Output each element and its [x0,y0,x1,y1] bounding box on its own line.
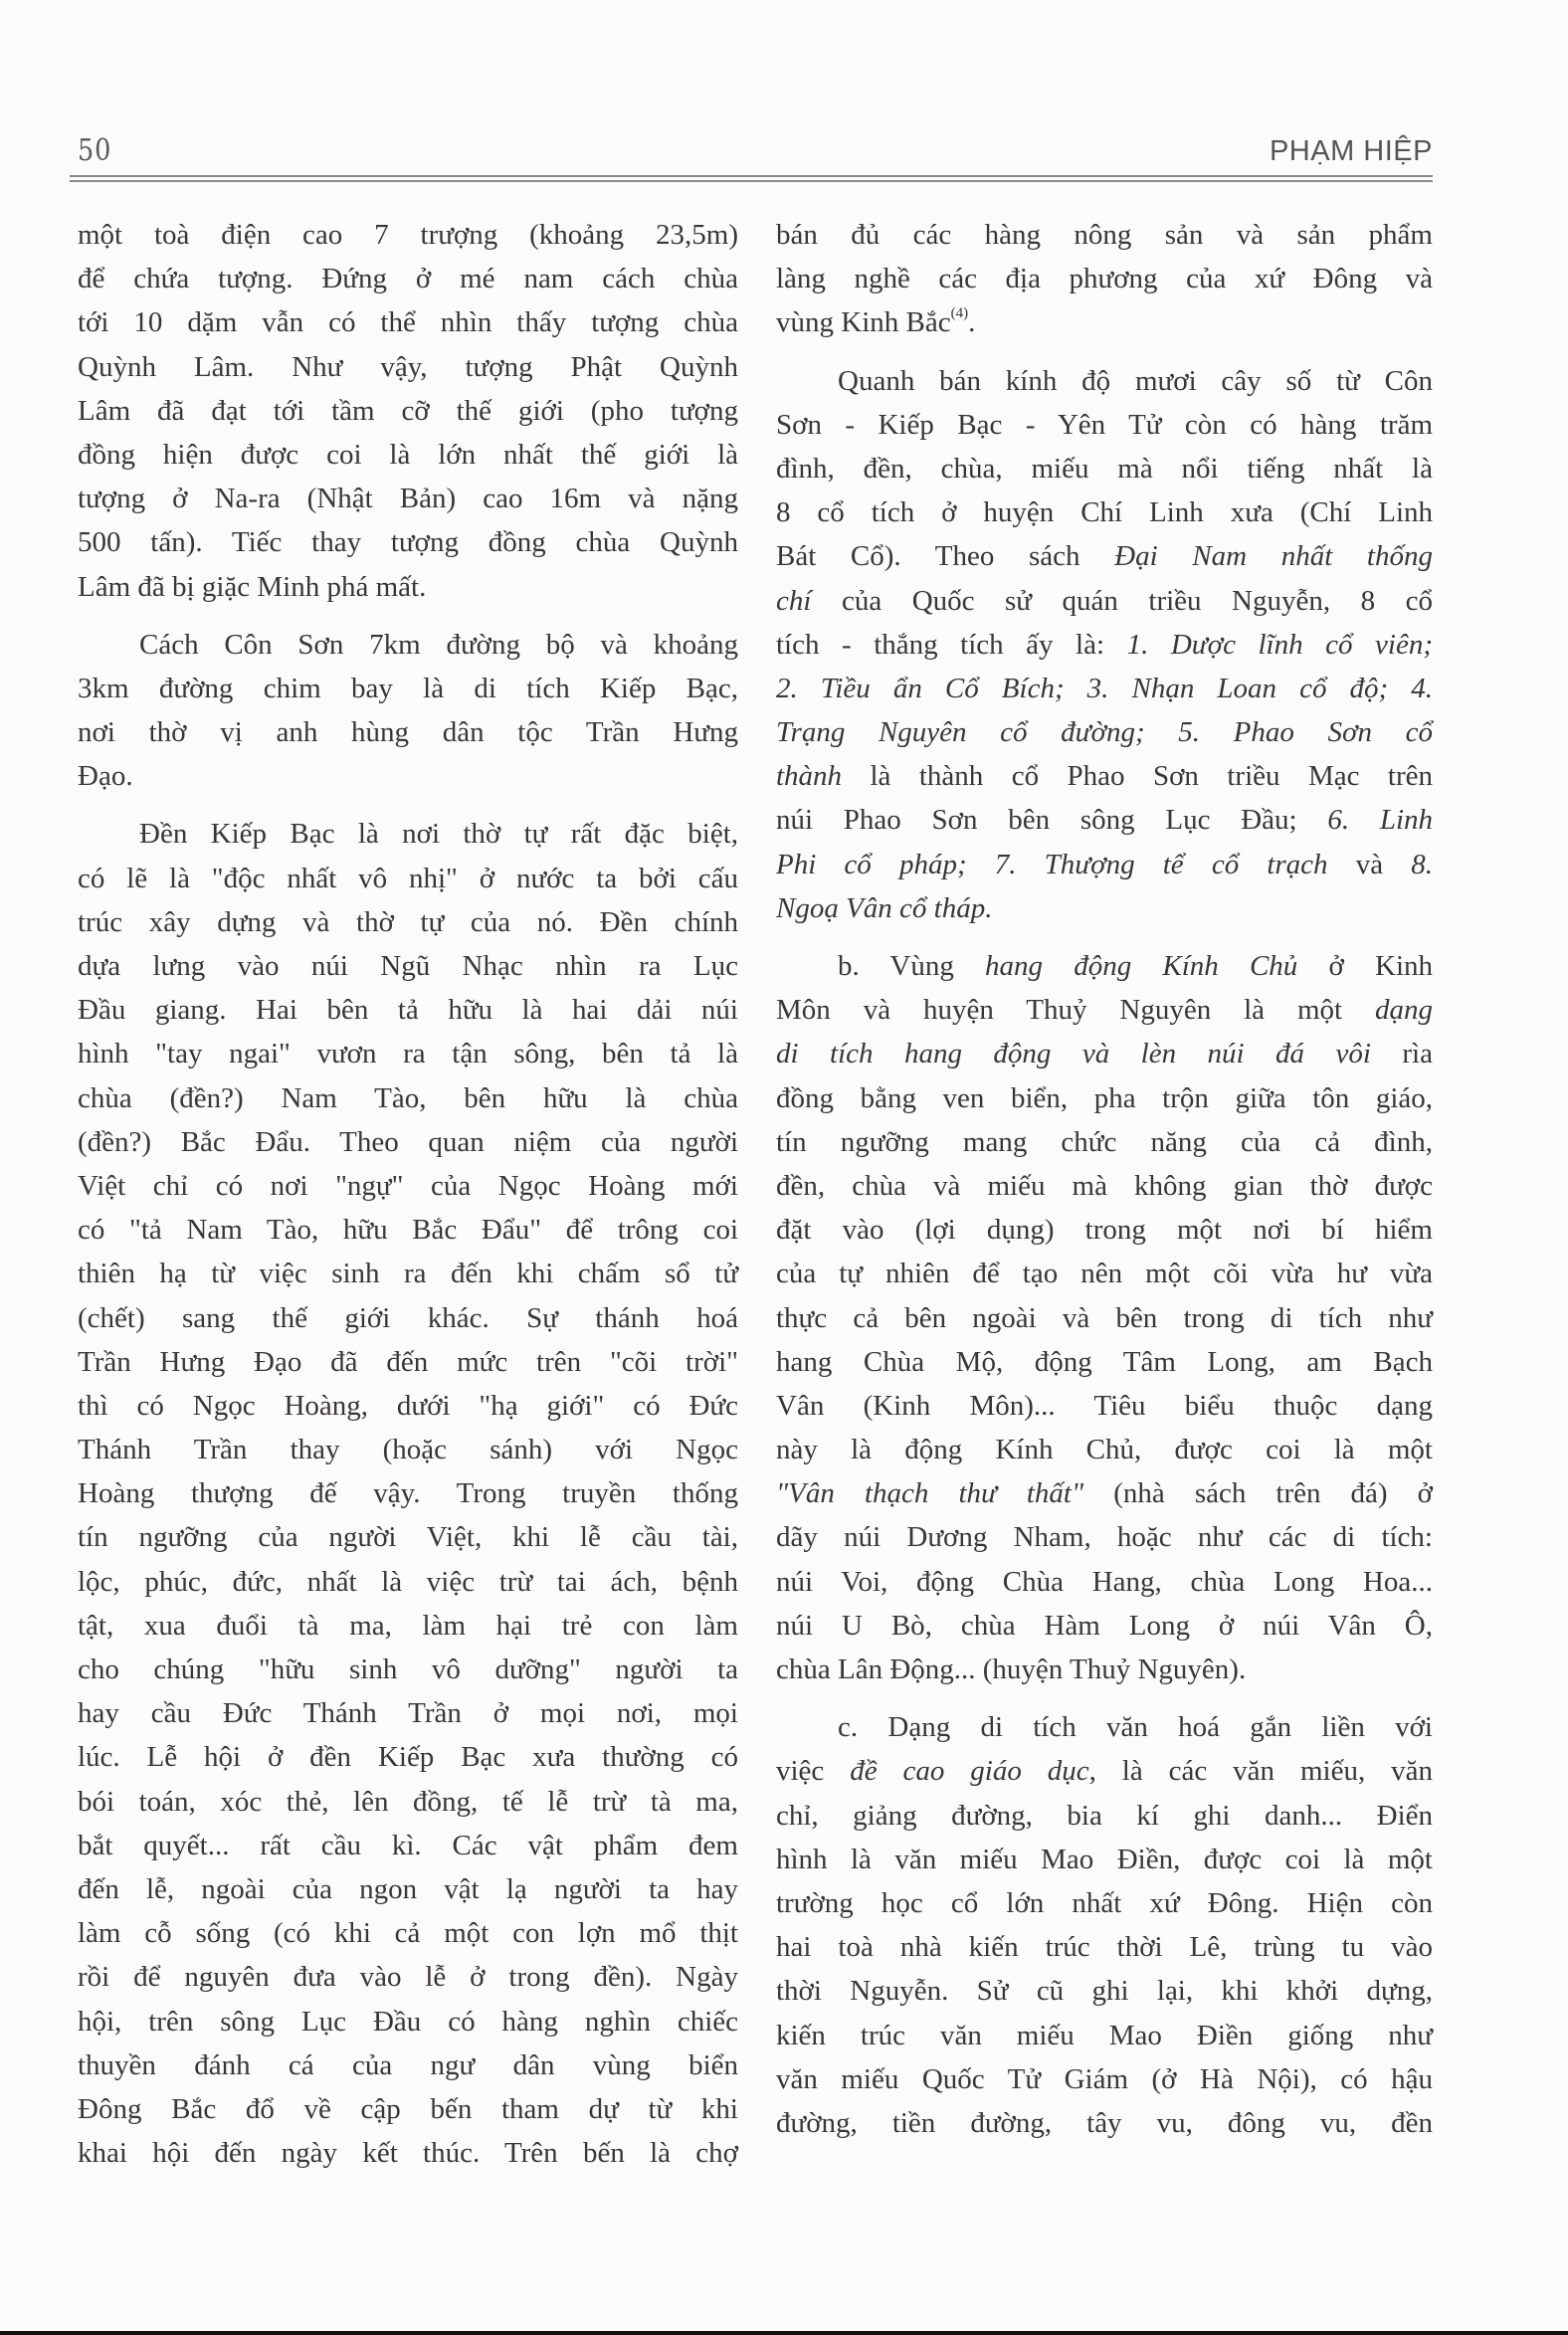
italic-text: Ngoạ Vân cổ tháp. [776,892,993,924]
text-segment: hang Chùa Mộ, động Tâm Long, am Bạch [776,1346,1433,1378]
text-segment: kiến trúc văn miếu Mao Điền giống như [776,2020,1433,2051]
text-line: dãy núi Dương Nham, hoặc như các di tích… [776,1515,1433,1559]
text-segment: đồng bằng ven biển, pha trộn giữa tôn gi… [776,1082,1433,1114]
text-segment: , là các văn miếu, văn [1089,1755,1433,1787]
text-line: Đạo. [78,754,738,798]
text-line: Hoàng thượng đế vậy. Trong truyền thống [78,1471,738,1515]
text-line: hội, trên sông Lục Đầu có hàng nghìn chi… [78,2000,738,2043]
italic-text: 2. Tiều ẩn Cổ Bích; 3. Nhạn Loan cổ độ; … [776,673,1433,704]
text-line: bắt quyết... rất cầu kì. Các vật phẩm đe… [78,1824,738,1867]
italic-text: 6. Linh [1327,804,1433,836]
text-line: của tự nhiên để tạo nên một cõi vừa hư v… [776,1252,1433,1295]
text-line: lúc. Lễ hội ở đền Kiếp Bạc xưa thường có [78,1735,738,1779]
text-line: Môn và huyện Thuỷ Nguyên là một dạng [776,988,1433,1032]
text-line: Sơn - Kiếp Bạc - Yên Tử còn có hàng trăm [776,403,1433,447]
scan-bottom-edge [0,2331,1568,2335]
paragraph-gap [776,930,1433,944]
paragraph-gap [78,798,738,812]
text-segment: văn miếu Quốc Tử Giám (ở Hà Nội), có hậu [776,2063,1433,2095]
text-segment: núi Phao Sơn bên sông Lục Đầu; [776,804,1327,836]
italic-text: 8. [1411,849,1433,880]
text-segment: tích - thắng tích ấy là: [776,629,1127,661]
text-segment: chỉ, giảng đường, bia kí ghi danh... Điể… [776,1800,1433,1832]
text-line: đền, chùa và miếu mà không gian thờ được [776,1164,1433,1208]
text-line: chùa Lân Động... (huyện Thuỷ Nguyên). [776,1648,1433,1691]
text-line: thời Nguyễn. Sử cũ ghi lại, khi khởi dựn… [776,1969,1433,2013]
text-line: 500 tấn). Tiếc thay tượng đồng chùa Quỳn… [78,520,738,564]
text-segment: Sơn - Kiếp Bạc - Yên Tử còn có hàng trăm [776,409,1433,441]
text-line: chí của Quốc sử quán triều Nguyễn, 8 cổ [776,579,1433,623]
text-line: kiến trúc văn miếu Mao Điền giống như [776,2014,1433,2057]
text-segment: Môn và huyện Thuỷ Nguyên là một [776,994,1375,1026]
left-text-column: một toà điện cao 7 trượng (khoảng 23,5m)… [78,213,738,2175]
text-segment: dãy núi Dương Nham, hoặc như các di tích… [776,1521,1433,1553]
text-line: Quanh bán kính độ mươi cây số từ Côn [776,359,1433,403]
text-line: c. Dạng di tích văn hoá gắn liền với [776,1705,1433,1749]
text-line: thuyền đánh cá của ngư dân vùng biển [78,2043,738,2087]
text-segment: là thành cổ Phao Sơn triều Mạc trên [842,760,1433,792]
text-segment: của tự nhiên để tạo nên một cõi vừa hư v… [776,1258,1433,1289]
text-line: Phi cổ pháp; 7. Thượng tể cổ trạch và 8. [776,843,1433,886]
text-segment: hai toà nhà kiến trúc thời Lê, trùng tu … [776,1931,1433,1963]
text-line: đường, tiền đường, tây vu, đông vu, đền [776,2101,1433,2145]
text-segment: chùa Lân Động... (huyện Thuỷ Nguyên). [776,1654,1246,1685]
text-line: trường học cổ lớn nhất xứ Đông. Hiện còn [776,1881,1433,1925]
italic-text: "Vân thạch thư thất" [776,1477,1083,1509]
text-line: văn miếu Quốc Tử Giám (ở Hà Nội), có hậu [776,2057,1433,2101]
text-segment: này là động Kính Chủ, được coi là một [776,1434,1433,1465]
text-line: (chết) sang thế giới khác. Sự thánh hoá [78,1296,738,1340]
text-line: Đông Bắc đổ về cập bến tham dự từ khi [78,2087,738,2131]
text-segment: đường, tiền đường, tây vu, đông vu, đền [776,2107,1433,2139]
text-segment: và [1328,849,1412,880]
text-segment: việc [776,1755,850,1787]
text-segment: trường học cổ lớn nhất xứ Đông. Hiện còn [776,1887,1433,1919]
text-line: tín ngưỡng mang chức năng của cả đình, [776,1120,1433,1164]
text-line: núi Phao Sơn bên sông Lục Đầu; 6. Linh [776,798,1433,842]
text-line: thiên hạ từ việc sinh ra đến khi chấm sổ… [78,1252,738,1295]
text-line: Trạng Nguyên cổ đường; 5. Phao Sơn cổ [776,710,1433,754]
text-segment: của Quốc sử quán triều Nguyễn, 8 cổ [811,585,1433,617]
right-text-column: bán đủ các hàng nông sản và sản phẩmlàng… [776,213,1433,2145]
text-line: chỉ, giảng đường, bia kí ghi danh... Điể… [776,1794,1433,1838]
text-line: b. Vùng hang động Kính Chủ ở Kinh [776,944,1433,988]
text-line: tượng ở Na-ra (Nhật Bản) cao 16m và nặng [78,477,738,520]
text-line: (đền?) Bắc Đẩu. Theo quan niệm của người [78,1120,738,1164]
text-line: này là động Kính Chủ, được coi là một [776,1428,1433,1471]
text-line: Việt chỉ có nơi "ngự" của Ngọc Hoàng mới [78,1164,738,1208]
text-line: Lâm đã bị giặc Minh phá mất. [78,565,738,609]
italic-text: Đại Nam nhất thống [1114,540,1433,572]
italic-text: 1. Dược lĩnh cổ viên; [1127,629,1433,661]
text-line: bán đủ các hàng nông sản và sản phẩm [776,213,1433,257]
text-segment: rìa [1371,1038,1433,1070]
text-line: núi Voi, động Chùa Hang, chùa Long Hoa..… [776,1560,1433,1604]
text-line: dựa lưng vào núi Ngũ Nhạc nhìn ra Lục [78,944,738,988]
text-line: 8 cổ tích ở huyện Chí Linh xưa (Chí Linh [776,490,1433,534]
page-number: 50 [78,133,111,168]
text-segment: thời Nguyễn. Sử cũ ghi lại, khi khởi dựn… [776,1975,1433,2007]
text-line: đồng hiện được coi là lớn nhất thế giới … [78,433,738,477]
text-line: thì có Ngọc Hoàng, dưới "hạ giới" có Đức [78,1384,738,1428]
text-line: tích - thắng tích ấy là: 1. Dược lĩnh cổ… [776,623,1433,667]
text-line: di tích hang động và lèn núi đá vôi rìa [776,1032,1433,1075]
text-segment: 8 cổ tích ở huyện Chí Linh xưa (Chí Linh [776,496,1433,528]
text-line: Đầu giang. Hai bên tả hữu là hai dải núi [78,988,738,1032]
text-line: bói toán, xóc thẻ, lên đồng, tế lễ trừ t… [78,1780,738,1824]
text-line: một toà điện cao 7 trượng (khoảng 23,5m) [78,213,738,257]
italic-text: dạng [1375,994,1433,1026]
text-line: hay cầu Đức Thánh Trần ở mọi nơi, mọi [78,1691,738,1735]
text-line: hai toà nhà kiến trúc thời Lê, trùng tu … [776,1925,1433,1969]
text-line: rồi để nguyên đưa vào lễ ở trong đền). N… [78,1955,738,1999]
paragraph-gap [78,609,738,623]
text-segment: c. Dạng di tích văn hoá gắn liền với [838,1711,1433,1743]
text-line: có lẽ là "độc nhất vô nhị" ở nước ta bởi… [78,857,738,900]
text-line: thành là thành cổ Phao Sơn triều Mạc trê… [776,754,1433,798]
header-double-rule [70,175,1433,182]
text-segment: hình là văn miếu Mao Điền, được coi là m… [776,1844,1433,1875]
text-line: "Vân thạch thư thất" (nhà sách trên đá) … [776,1471,1433,1515]
text-line: đến lễ, ngoài của ngon vật lạ người ta h… [78,1867,738,1911]
text-line: Lâm đã đạt tới tầm cỡ thế giới (pho tượn… [78,389,738,433]
italic-text: Phi cổ pháp; 7. Thượng tể cổ trạch [776,849,1328,880]
text-line: tới 10 dặm vẫn có thể nhìn thấy tượng ch… [78,300,738,344]
text-line: đặt vào (lợi dụng) trong một nơi bí hiểm [776,1208,1433,1252]
text-segment: (nhà sách trên đá) ở [1083,1477,1433,1509]
text-line: trúc xây dựng và thờ tự của nó. Đền chín… [78,900,738,944]
paragraph-gap [776,345,1433,359]
text-line: có "tả Nam Tào, hữu Bắc Đẩu" để trông co… [78,1208,738,1252]
text-line: hang Chùa Mộ, động Tâm Long, am Bạch [776,1340,1433,1384]
running-head-author: PHẠM HIỆP [1270,135,1433,168]
text-segment: ở Kinh [1297,950,1433,982]
text-line: tật, xua đuổi tà ma, làm hại trẻ con làm [78,1604,738,1648]
italic-text: đề cao giáo dục [850,1755,1088,1787]
text-line: Thánh Trần thay (hoặc sánh) với Ngọc [78,1428,738,1471]
text-line: Cách Côn Sơn 7km đường bộ và khoảng [78,623,738,667]
text-segment: bán đủ các hàng nông sản và sản phẩm [776,219,1433,251]
text-segment: đặt vào (lợi dụng) trong một nơi bí hiểm [776,1214,1433,1246]
text-segment: làng nghề các địa phương của xứ Đông và [776,263,1433,294]
text-line: nơi thờ vị anh hùng dân tộc Trần Hưng [78,710,738,754]
text-line: việc đề cao giáo dục, là các văn miếu, v… [776,1749,1433,1793]
text-line: 2. Tiều ẩn Cổ Bích; 3. Nhạn Loan cổ độ; … [776,667,1433,710]
text-line: Quỳnh Lâm. Như vậy, tượng Phật Quỳnh [78,345,738,389]
text-line: Trần Hưng Đạo đã đến mức trên "cõi trời" [78,1340,738,1384]
text-line: Đền Kiếp Bạc là nơi thờ tự rất đặc biệt, [78,812,738,856]
text-segment: Quanh bán kính độ mươi cây số từ Côn [838,365,1433,397]
text-segment: đình, đền, chùa, miếu mà nổi tiếng nhất … [776,453,1433,485]
text-line: cho chúng "hữu sinh vô dưỡng" người ta [78,1648,738,1691]
text-line: vùng Kinh Bắc(4). [776,300,1433,344]
text-line: Vân (Kinh Môn)... Tiêu biểu thuộc dạng [776,1384,1433,1428]
italic-text: di tích hang động và lèn núi đá vôi [776,1038,1371,1070]
text-segment: vùng Kinh Bắc [776,306,951,338]
paragraph-gap [776,1691,1433,1705]
text-line: thực cả bên ngoài và bên trong di tích n… [776,1296,1433,1340]
text-segment: núi Voi, động Chùa Hang, chùa Long Hoa..… [776,1566,1433,1598]
page-header: 50 PHẠM HIỆP [78,127,1433,177]
text-segment: núi U Bò, chùa Hàm Long ở núi Vân Ô, [776,1610,1433,1642]
italic-text: hang động Kính Chủ [985,950,1297,982]
text-segment: Bát Cổ). Theo sách [776,540,1114,572]
text-line: để chứa tượng. Đứng ở mé nam cách chùa [78,257,738,300]
text-segment: . [968,306,975,338]
text-line: núi U Bò, chùa Hàm Long ở núi Vân Ô, [776,1604,1433,1648]
text-line: Bát Cổ). Theo sách Đại Nam nhất thống [776,534,1433,578]
footnote-marker: (4) [951,305,969,321]
text-line: đình, đền, chùa, miếu mà nổi tiếng nhất … [776,447,1433,490]
text-line: làm cỗ sống (có khi cả một con lợn mổ th… [78,1911,738,1955]
text-segment: thực cả bên ngoài và bên trong di tích n… [776,1302,1433,1334]
text-line: hình "tay ngai" vươn ra tận sông, bên tả… [78,1032,738,1075]
text-line: làng nghề các địa phương của xứ Đông và [776,257,1433,300]
italic-text: thành [776,760,842,792]
text-line: 3km đường chim bay là di tích Kiếp Bạc, [78,667,738,710]
italic-text: Trạng Nguyên cổ đường; 5. Phao Sơn cổ [776,716,1433,748]
text-segment: đền, chùa và miếu mà không gian thờ được [776,1170,1433,1202]
text-segment: Vân (Kinh Môn)... Tiêu biểu thuộc dạng [776,1390,1433,1422]
text-line: chùa (đền?) Nam Tào, bên hữu là chùa [78,1076,738,1120]
text-line: khai hội đến ngày kết thúc. Trên bến là … [78,2131,738,2175]
text-line: Ngoạ Vân cổ tháp. [776,886,1433,930]
text-line: hình là văn miếu Mao Điền, được coi là m… [776,1838,1433,1881]
text-segment: b. Vùng [838,950,985,982]
text-line: tín ngưỡng của người Việt, khi lễ cầu tà… [78,1515,738,1559]
text-line: đồng bằng ven biển, pha trộn giữa tôn gi… [776,1076,1433,1120]
text-line: lộc, phúc, đức, nhất là việc trừ tai ách… [78,1560,738,1604]
text-segment: tín ngưỡng mang chức năng của cả đình, [776,1126,1433,1158]
italic-text: chí [776,585,811,617]
